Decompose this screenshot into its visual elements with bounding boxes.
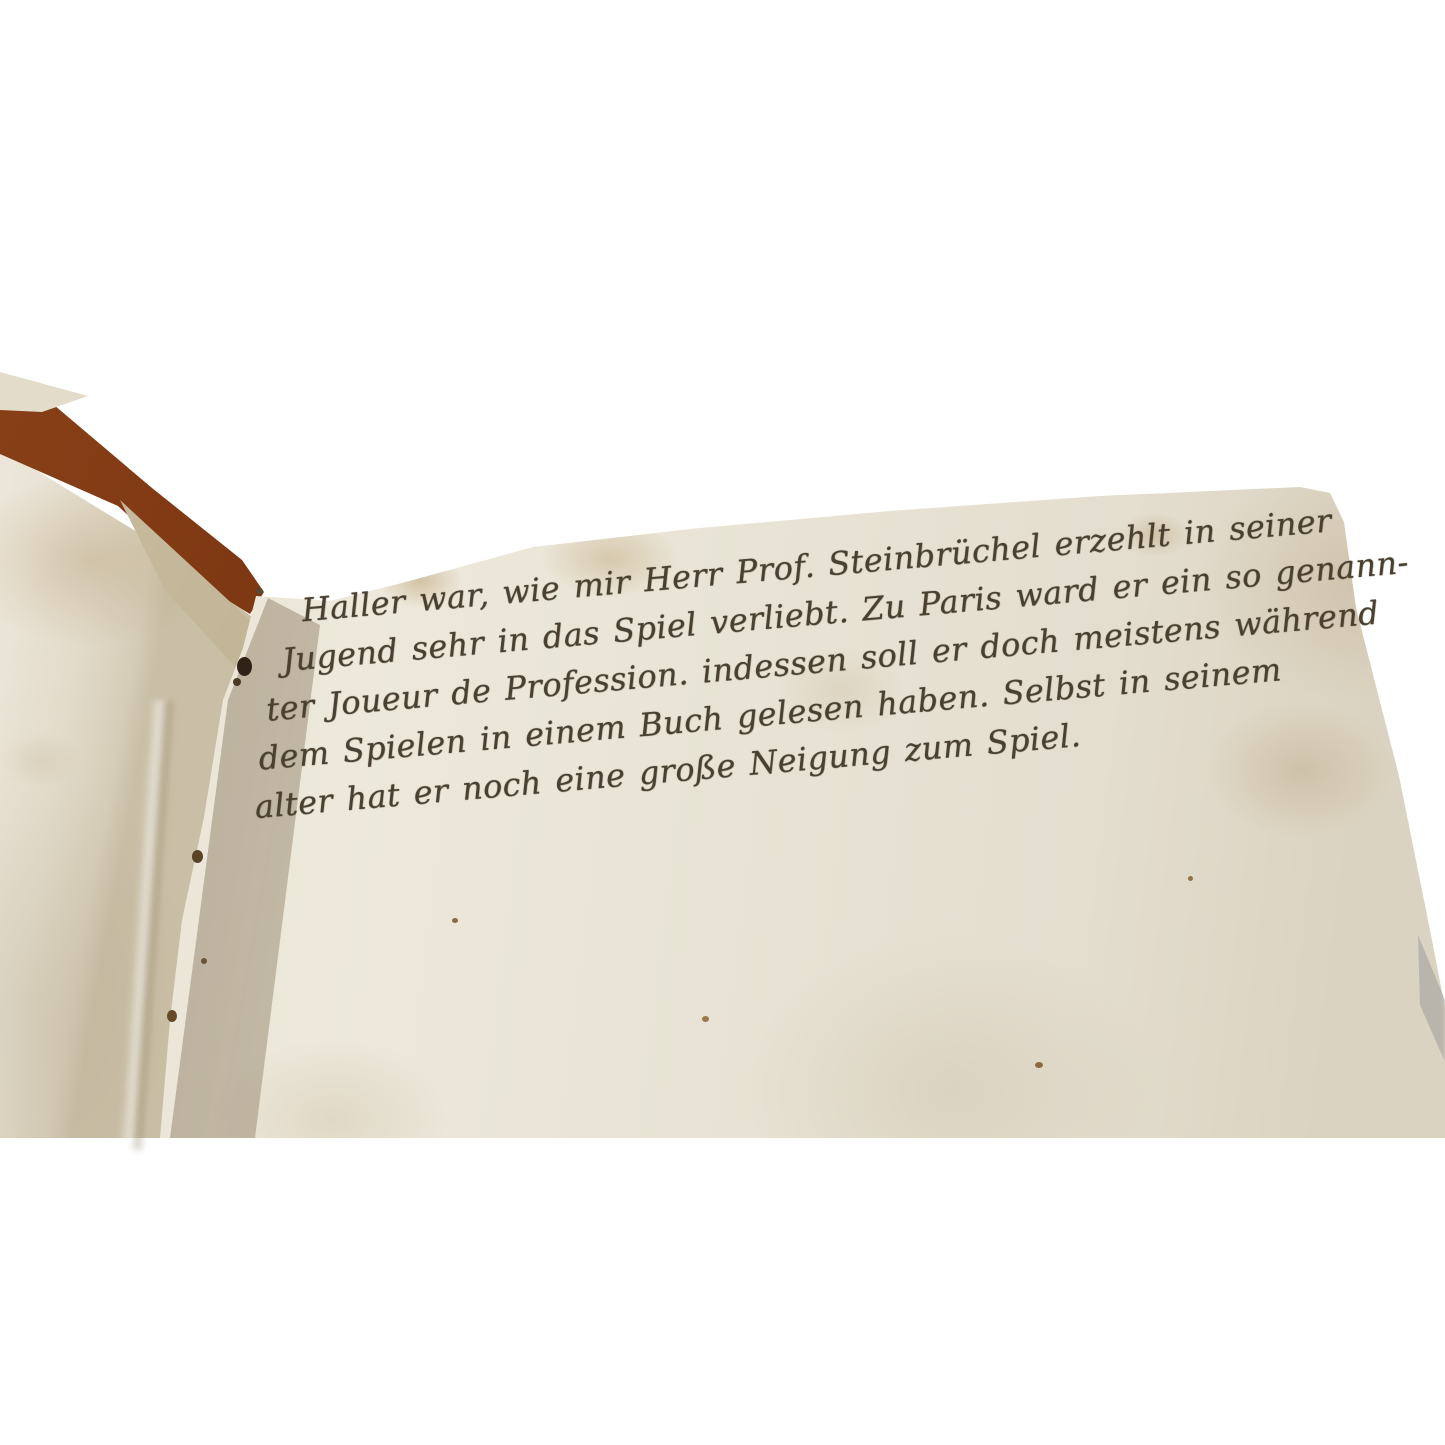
book-photo: Haller war, wie mir Herr Prof. Steinbrüc… [0, 0, 1445, 1445]
paper-speck [167, 1010, 177, 1022]
paper-speck [452, 918, 458, 923]
paper-speck [233, 678, 241, 686]
paper-speck [702, 1016, 709, 1022]
paper-speck [192, 850, 203, 863]
paper-speck [1035, 1062, 1043, 1068]
paper-speck [201, 958, 207, 964]
paper-speck [1188, 876, 1193, 881]
